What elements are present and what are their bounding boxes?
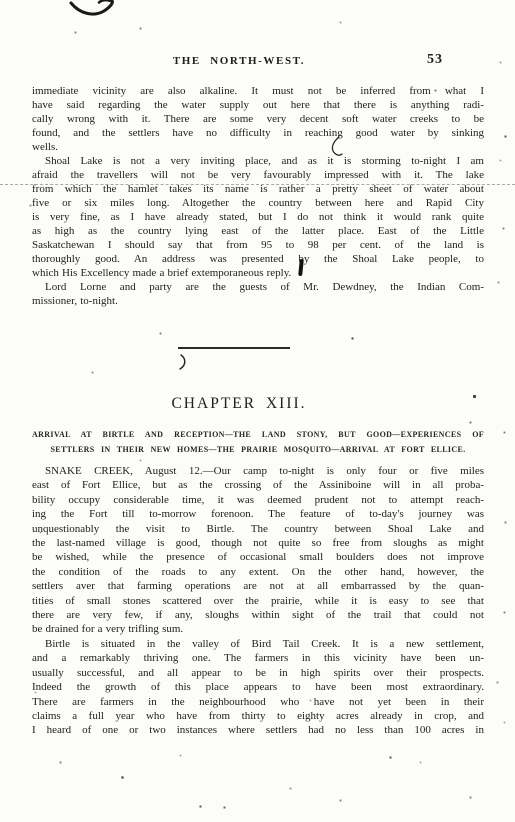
text-line: there are very few, if any, sloughs with… [32,608,484,622]
text-line: settlers aver that farming operations ar… [32,579,484,593]
text-line: found, and the settlers have no difficul… [32,126,484,140]
book-page: THE NORTH-WEST. 53 immediate vicinity ar… [0,0,515,822]
text-line: immediate vicinity are also alkaline. It… [32,84,484,98]
text-line: missioner, to-night. [32,294,484,308]
paragraph: Birtle is situated in the valley of Bird… [32,637,484,738]
scan-streak-line [0,184,515,185]
running-header: THE NORTH-WEST. [32,55,446,69]
text-line: Lord Lorne and party are the guests of M… [32,280,484,294]
text-line: cally wrong with it. There are some very… [32,112,484,126]
text-line: which His Excellency made a brief extemp… [32,266,484,280]
paragraph: Lord Lorne and party are the guests of M… [32,280,484,308]
page-number: 53 [427,52,443,68]
text-line: the condition of the roads to any extent… [32,565,484,579]
chapter-heading: CHAPTER XIII. [32,395,446,413]
text-line: and a remarkably thriving one. The farme… [32,651,484,665]
text-line: tities of small stones scattered over th… [32,594,484,608]
chapter-summary-line: ARRIVAL AT BIRTLE AND RECEPTION—THE LAND… [32,427,484,442]
text-line: Saskatchewan I should say that from 95 t… [32,238,484,252]
text-line: There are farmers in the neighbourhood w… [32,695,484,709]
page-title: THE NORTH-WEST. [32,55,446,67]
text-line: unquestionably the visit to Birtle. The … [32,522,484,536]
text-line: afraid the travellers will not be very f… [32,168,484,182]
chapter-summary-line: SETTLERS IN THEIR NEW HOMES—THE PRAIRIE … [32,442,484,457]
text-line: the last-named village is good, though n… [32,536,484,550]
text-line: is very fine, as I have already stated, … [32,210,484,224]
pen-mark-top-swoosh [71,1,112,15]
paragraph: immediate vicinity are also alkaline. It… [32,84,484,154]
body-text-section-top: immediate vicinity are also alkaline. It… [32,84,484,308]
text-line: I heard of one or two instances where se… [32,723,484,737]
pen-mark-comma [180,355,185,369]
text-line: be wished, while the presence of occasio… [32,550,484,564]
section-divider-rule [178,347,290,349]
text-line: Birtle is situated in the valley of Bird… [32,637,484,651]
text-line: ing the Fort till to-morrow forenoon. Th… [32,507,484,521]
pen-mark-top-hook [99,0,112,2]
body-text-section-main: SNAKE CREEK, August 12.—Our camp to-nigh… [32,464,484,738]
text-line: have said regarding the water supply out… [32,98,484,112]
text-line: Indeed the growth of this place appears … [32,680,484,694]
text-line: as high as the country lying east of the… [32,224,484,238]
text-line: usually successful, and all appear to be… [32,666,484,680]
text-line: SNAKE CREEK, August 12.—Our camp to-nigh… [32,464,484,478]
text-line: east of Fort Ellice, but as the crossing… [32,478,484,492]
text-line: wells. [32,140,484,154]
text-line: bility occupy considerable time, it was … [32,493,484,507]
text-line: Shoal Lake is not a very inviting place,… [32,154,484,168]
scan-speckles [0,0,1,1]
chapter-summary: ARRIVAL AT BIRTLE AND RECEPTION—THE LAND… [32,427,484,457]
paragraph: SNAKE CREEK, August 12.—Our camp to-nigh… [32,464,484,637]
text-line: five or six miles long. Altogether the c… [32,196,484,210]
text-line: claims a full year who have from thirty … [32,709,484,723]
paragraph: Shoal Lake is not a very inviting place,… [32,154,484,280]
text-line: be drained for a very trifling sum. [32,622,484,636]
text-line: thoroughly good. An address was presente… [32,252,484,266]
